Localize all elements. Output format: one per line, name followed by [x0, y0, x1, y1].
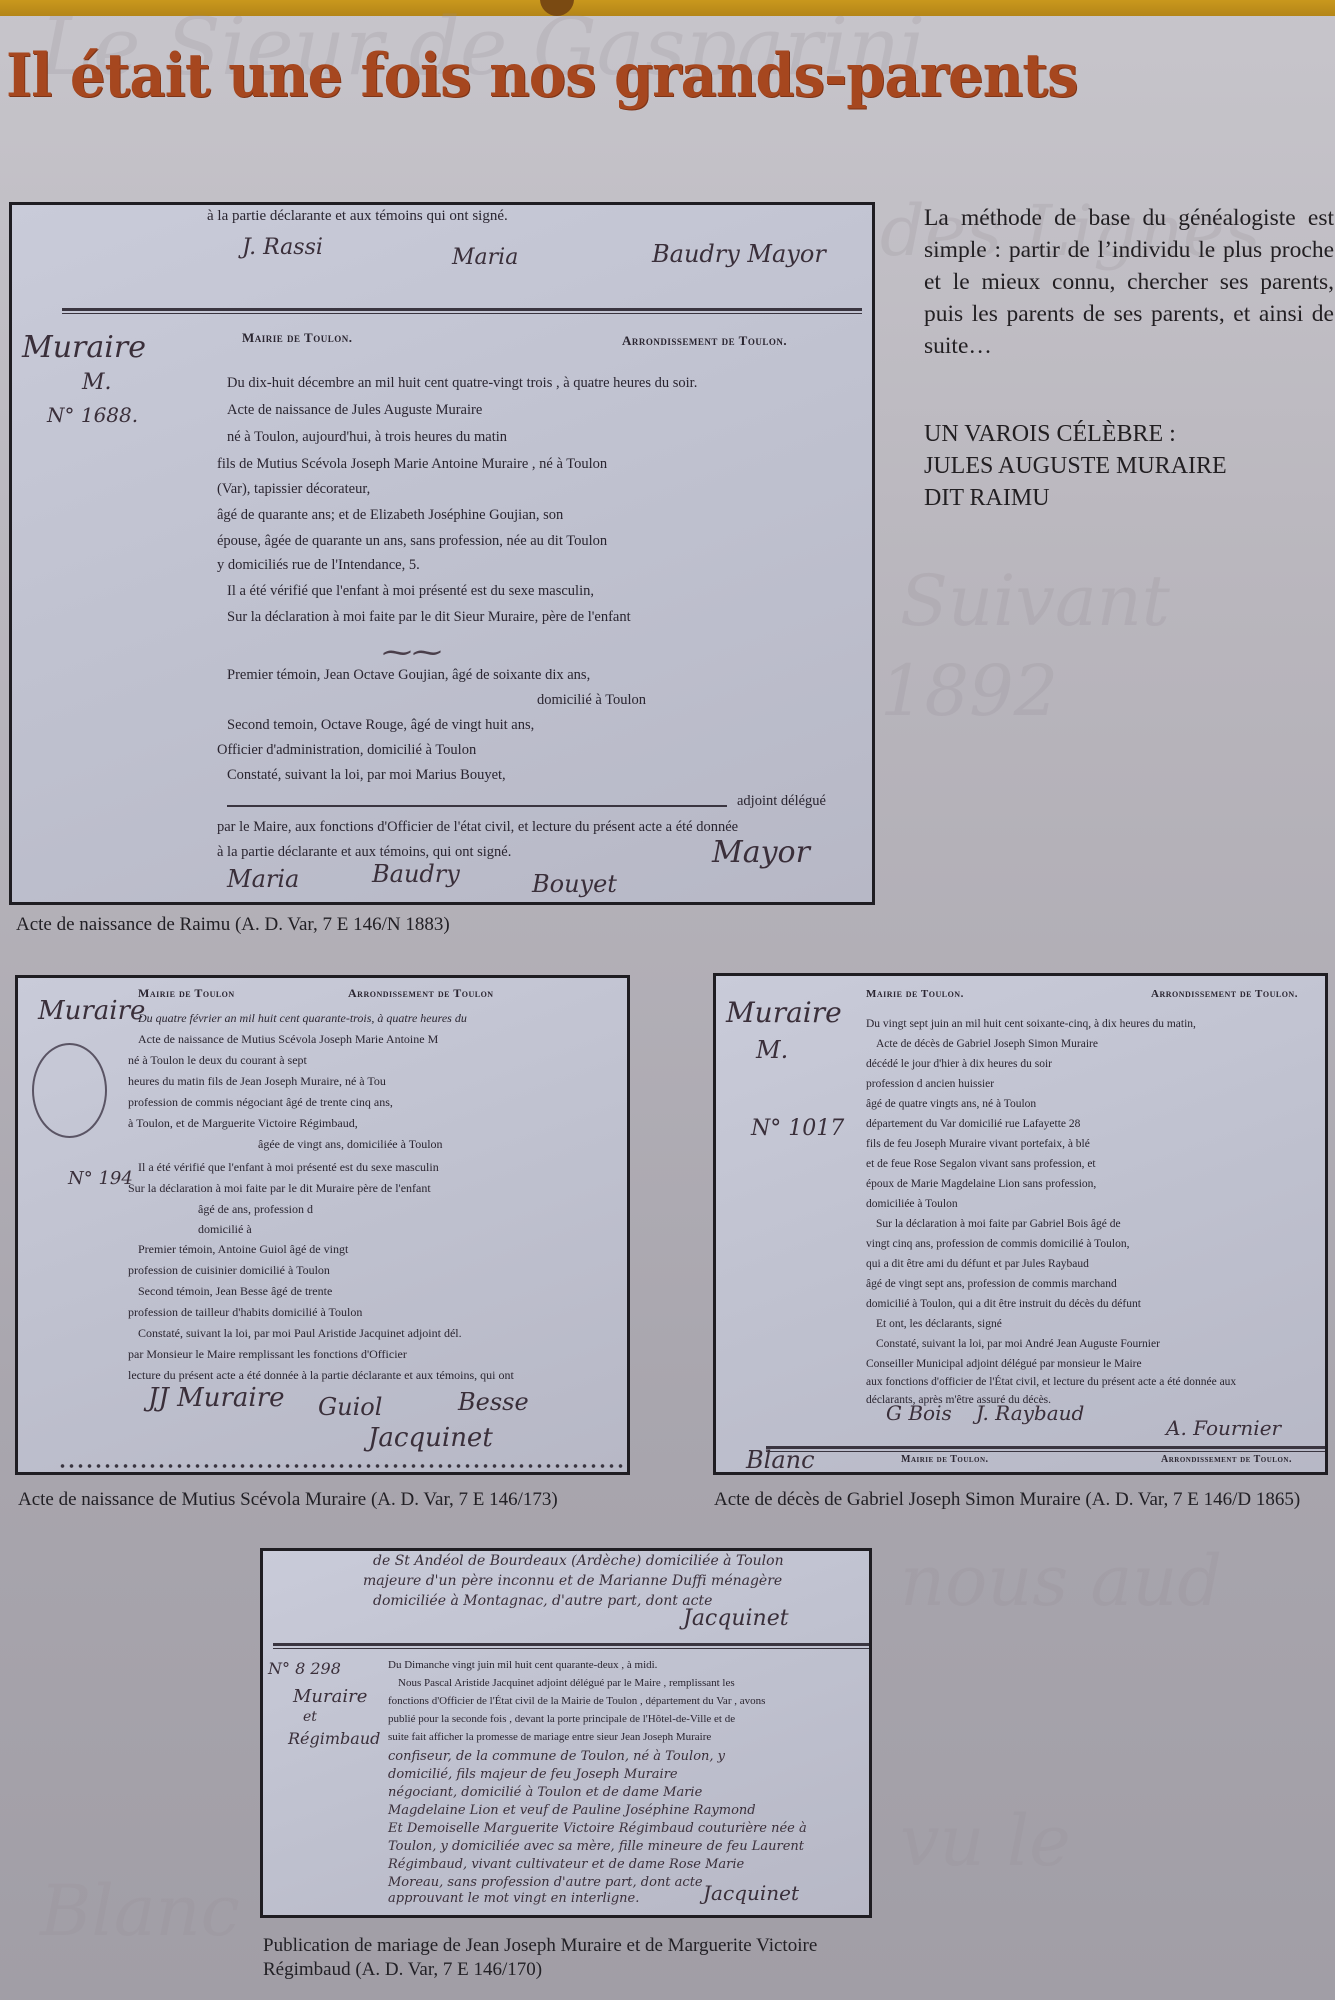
doc-line: y domiciliés rue de l'Intendance, 5.	[217, 557, 420, 574]
arrondissement-header: Arrondissement de Toulon.	[622, 333, 787, 349]
caption-mutius-birth: Acte de naissance de Mutius Scévola Mura…	[18, 1488, 558, 1512]
document-raimu-birth-certificate: à la partie déclarante et aux témoins qu…	[9, 202, 875, 905]
mairie-header: Mairie de Toulon	[138, 986, 235, 1001]
heading-line: Jules Auguste Muraire	[924, 450, 1334, 482]
doc-line: fonctions d'Officier de l'État civil de …	[388, 1695, 765, 1707]
doc-line: vingt cinq ans, profession de commis dom…	[866, 1238, 1129, 1250]
doc-line: Sur la déclaration à moi faite par le di…	[128, 1181, 431, 1196]
margin-name: Muraire	[38, 996, 145, 1026]
record-number: N° 1017	[751, 1116, 844, 1141]
signature: Baudry	[372, 860, 460, 888]
margin-name: Muraire	[293, 1686, 367, 1707]
doc-line: Magdelaine Lion et veuf de Pauline Josép…	[388, 1803, 756, 1818]
doc-line: Il a été vérifié que l'enfant à moi prés…	[138, 1160, 439, 1175]
doc-printed-line: à la partie déclarante et aux témoins qu…	[207, 208, 508, 225]
doc-line: lecture du présent acte a été donnée à l…	[128, 1368, 514, 1383]
signature: Jacquinet	[683, 1606, 789, 1631]
document-marriage-publication: de St Andéol de Bourdeaux (Ardèche) domi…	[260, 1548, 872, 1918]
signature: A. Fournier	[1166, 1416, 1281, 1440]
doc-line: Sur la déclaration à moi faite par le di…	[227, 609, 631, 626]
doc-line: Constaté, suivant la loi, par moi Paul A…	[138, 1326, 462, 1341]
dotted-border	[58, 1463, 628, 1469]
doc-line: à la partie déclarante et aux témoins, q…	[217, 844, 511, 861]
doc-line: âgé de ans, profession d	[198, 1202, 313, 1217]
signature: G Bois	[886, 1401, 952, 1425]
doc-line: Nous Pascal Aristide Jacquinet adjoint d…	[398, 1677, 735, 1689]
doc-line: domicilié, fils majeur de feu Joseph Mur…	[388, 1767, 678, 1782]
doc-line: âgé de quarante ans; et de Elizabeth Jos…	[217, 507, 563, 524]
record-number: N° 8 298	[268, 1659, 341, 1678]
caption-marriage-publication: Publication de mariage de Jean Joseph Mu…	[263, 1934, 883, 1982]
doc-line: par le Maire, aux fonctions d'Officier d…	[217, 819, 738, 836]
doc-line: profession de tailleur d'habits domicili…	[128, 1305, 362, 1320]
doc-line: Du Dimanche vingt juin mil huit cent qua…	[388, 1659, 657, 1671]
doc-line: Second temoin, Octave Rouge, âgé de ving…	[227, 717, 534, 734]
signature: J. Raybaud	[976, 1401, 1084, 1425]
doc-line: Premier témoin, Jean Octave Goujian, âgé…	[227, 667, 590, 684]
doc-line: (Var), tapissier décorateur,	[217, 481, 370, 498]
doc-line: fils de feu Joseph Muraire vivant portef…	[866, 1138, 1090, 1150]
doc-line: approuvant le mot vingt en interligne.	[388, 1891, 639, 1906]
record-number: N° 1688.	[47, 403, 138, 427]
doc-line: fils de Mutius Scévola Joseph Marie Anto…	[217, 456, 607, 473]
document-mutius-birth-certificate: Muraire Mairie de Toulon Arrondissement …	[15, 975, 630, 1475]
doc-line: suite fait afficher la promesse de maria…	[388, 1731, 711, 1743]
caption-gabriel-death: Acte de décès de Gabriel Joseph Simon Mu…	[714, 1488, 1300, 1512]
doc-line: époux de Marie Magdelaine Lion sans prof…	[866, 1178, 1096, 1190]
record-number: N° 194	[68, 1168, 133, 1189]
heading-line: dit Raimu	[924, 482, 1334, 514]
doc-line: profession d ancien huissier	[866, 1078, 994, 1090]
intro-paragraph: La méthode de base du généalogiste est s…	[924, 202, 1334, 362]
margin-initial: M.	[756, 1036, 788, 1064]
doc-line: à Toulon, et de Marguerite Victoire Régi…	[128, 1116, 358, 1131]
doc-line: âgée de vingt ans, domiciliée à Toulon	[258, 1137, 443, 1152]
arrondissement-header: Arrondissement de Toulon.	[1151, 988, 1298, 1000]
doc-line: domicilié à	[198, 1222, 252, 1237]
signature: Jacquinet	[703, 1881, 799, 1905]
flourish: ⁓⁓	[382, 635, 442, 670]
signature: Besse	[458, 1388, 529, 1416]
doc-line: Et ont, les déclarants, signé	[876, 1318, 1002, 1330]
signature: Maria	[227, 865, 299, 893]
doc-line: qui a dit être ami du défunt et par Jule…	[866, 1258, 1089, 1270]
doc-line: Acte de décès de Gabriel Joseph Simon Mu…	[876, 1038, 1098, 1050]
royal-stamp	[32, 1043, 107, 1138]
margin-name: Muraire	[726, 996, 842, 1029]
arrondissement-header: Arrondissement de Toulon	[348, 986, 494, 1001]
doc-line: décédé le jour d'hier à dix heures du so…	[866, 1058, 1052, 1070]
panel-title: Il était une fois nos grands-parents	[6, 46, 1238, 106]
signature: J. Rassi	[242, 235, 323, 260]
signature: Mayor	[712, 835, 810, 870]
margin-initial: M.	[82, 370, 112, 395]
blank-rule	[227, 805, 727, 807]
doc-line: Du dix-huit décembre an mil huit cent qu…	[227, 375, 697, 392]
doc-line: heures du matin fils de Jean Joseph Mura…	[128, 1074, 386, 1089]
doc-line: âgé de quatre vingts ans, né à Toulon	[866, 1098, 1036, 1110]
doc-line: Et Demoiselle Marguerite Victoire Régimb…	[388, 1821, 807, 1836]
doc-line: Conseiller Municipal adjoint délégué par…	[866, 1358, 1142, 1370]
arrondissement-header: Arrondissement de Toulon.	[1161, 1454, 1292, 1465]
doc-line: négociant, domicilié à Toulon et de dame…	[388, 1785, 702, 1800]
handwritten-text: de St Andéol de Bourdeaux (Ardèche) domi…	[373, 1553, 784, 1569]
doc-line: profession de commis négociant âgé de tr…	[128, 1095, 393, 1110]
next-entry-name: Blanc	[746, 1446, 815, 1474]
doc-line: Constaté, suivant la loi, par moi Marius…	[227, 767, 506, 784]
doc-line: adjoint délégué	[737, 793, 826, 810]
margin-name: Muraire	[22, 330, 146, 365]
doc-line: publié pour la seconde fois , devant la …	[388, 1713, 735, 1725]
signature: Guiol	[318, 1393, 382, 1421]
doc-line: Moreau, sans profession d'autre part, do…	[388, 1875, 703, 1890]
doc-line: épouse, âgée de quarante un ans, sans pr…	[217, 533, 607, 550]
margin-name: et	[303, 1709, 317, 1725]
doc-line: domicilié à Toulon	[537, 692, 646, 709]
doc-line: Régimbaud, vivant cultivateur et de dame…	[388, 1857, 744, 1872]
doc-line: département du Var domicilié rue Lafayet…	[866, 1118, 1080, 1130]
top-gold-band	[0, 0, 1335, 16]
doc-line: Constaté, suivant la loi, par moi André …	[876, 1338, 1160, 1350]
doc-line: aux fonctions d'officier de l'État civil…	[866, 1376, 1236, 1388]
doc-line: Acte de naissance de Mutius Scévola Jose…	[138, 1032, 438, 1047]
divider-rule	[273, 1643, 872, 1649]
margin-name: Régimbaud	[288, 1729, 380, 1748]
doc-line: Du quatre février an mil huit cent quara…	[138, 1011, 467, 1026]
divider-rule	[62, 308, 862, 314]
handwritten-text: domiciliée à Montagnac, d'autre part, do…	[373, 1593, 712, 1609]
heading-line: Un varois célèbre :	[924, 418, 1334, 450]
signature: Maria	[452, 245, 518, 270]
doc-line: âgé de vingt sept ans, profession de com…	[866, 1278, 1117, 1290]
mairie-header: Mairie de Toulon.	[901, 1454, 989, 1465]
doc-line: Premier témoin, Antoine Guiol âgé de vin…	[138, 1242, 348, 1257]
mairie-header: Mairie de Toulon.	[242, 330, 352, 346]
doc-line: domicilié à Toulon, qui a dit être instr…	[866, 1298, 1141, 1310]
doc-line: Du vingt sept juin an mil huit cent soix…	[866, 1018, 1196, 1030]
handwritten-text: majeure d'un père inconnu et de Marianne…	[363, 1573, 782, 1589]
divider-rule	[766, 1446, 1326, 1452]
signature: Bouyet	[532, 870, 617, 898]
doc-line: Acte de naissance de Jules Auguste Murai…	[227, 402, 482, 419]
doc-line: né à Toulon, aujourd'hui, à trois heures…	[227, 429, 507, 446]
document-gabriel-death-certificate: Muraire M. N° 1017 Mairie de Toulon. Arr…	[713, 973, 1328, 1475]
signature: Baudry Mayor	[652, 240, 826, 268]
doc-line: Sur la déclaration à moi faite par Gabri…	[876, 1218, 1121, 1230]
doc-line: Il a été vérifié que l'enfant à moi prés…	[227, 583, 594, 600]
signature: Jacquinet	[368, 1423, 493, 1453]
featured-person-heading: Un varois célèbre : Jules Auguste Murair…	[924, 418, 1334, 514]
doc-line: Officier d'administration, domicilié à T…	[217, 742, 476, 759]
doc-line: et de feue Rose Segalon vivant sans prof…	[866, 1158, 1096, 1170]
doc-line: né à Toulon le deux du courant à sept	[128, 1053, 307, 1068]
doc-line: Second témoin, Jean Besse âgé de trente	[138, 1284, 332, 1299]
caption-raimu-birth: Acte de naissance de Raimu (A. D. Var, 7…	[16, 913, 450, 937]
doc-line: domiciliée à Toulon	[866, 1198, 958, 1210]
doc-line: Toulon, y domiciliée avec sa mère, fille…	[388, 1839, 804, 1854]
signature: JJ Muraire	[148, 1383, 285, 1413]
doc-line: par Monsieur le Maire remplissant les fo…	[128, 1347, 407, 1362]
doc-line: confiseur, de la commune de Toulon, né à…	[388, 1749, 725, 1764]
mairie-header: Mairie de Toulon.	[866, 988, 964, 1000]
doc-line: profession de cuisinier domicilié à Toul…	[128, 1263, 330, 1278]
